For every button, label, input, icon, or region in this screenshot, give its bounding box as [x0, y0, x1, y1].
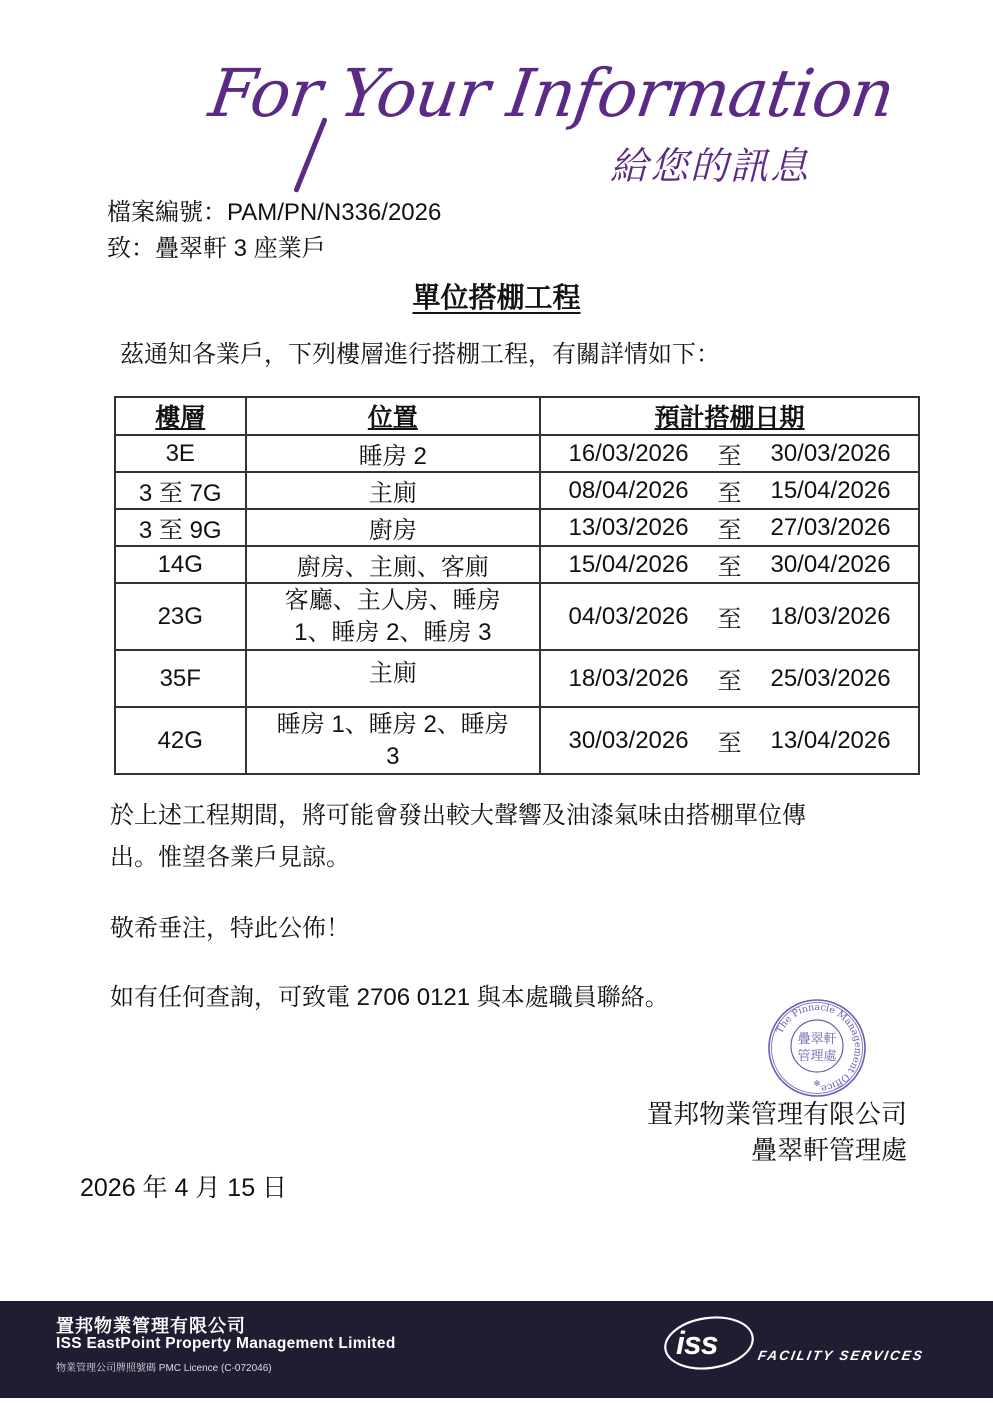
intro-text: 茲通知各業戶，下列樓層進行搭棚工程，有關詳情如下： [120, 334, 720, 369]
location-line: 1、睡房 2、睡房 3 [251, 617, 536, 649]
header-date: 預計搭棚日期 [540, 397, 919, 435]
file-number-value: PAM/PN/N336/2026 [227, 199, 441, 226]
cell-location: 睡房 1、睡房 2、睡房 3 [246, 707, 541, 774]
location-line: 客廳、主人房、睡房 [251, 585, 536, 617]
seal-inner-line2: 管理處 [797, 1048, 836, 1064]
cell-location: 主廁 [246, 650, 541, 707]
range-separator: 至 [704, 661, 756, 696]
header-location: 位置 [246, 397, 541, 435]
scaffolding-schedule-table: 樓層 位置 預計搭棚日期 3E 睡房 2 16/03/2026至30/03/20… [114, 396, 920, 775]
cell-date-range: 13/03/2026至27/03/2026 [540, 509, 919, 546]
seal-inner-line1: 疊翠軒 [797, 1031, 836, 1047]
svg-text:iss: iss [676, 1325, 718, 1361]
cell-date-range: 16/03/2026至30/03/2026 [540, 435, 919, 472]
end-date: 27/03/2026 [756, 514, 906, 542]
cell-floor: 3E [115, 435, 246, 472]
table-row: 42G 睡房 1、睡房 2、睡房 3 30/03/2026至13/04/2026 [115, 707, 919, 774]
start-date: 30/03/2026 [554, 727, 704, 755]
end-date: 18/03/2026 [756, 603, 906, 631]
start-date: 15/04/2026 [554, 551, 704, 579]
cell-floor: 23G [115, 583, 246, 650]
range-separator: 至 [704, 436, 756, 471]
footer-licence: 物業管理公司牌照號碼 PMC Licence (C-072046) [56, 1359, 272, 1374]
cell-floor: 35F [115, 650, 246, 707]
iss-logo-icon: iss [662, 1313, 756, 1371]
start-date: 16/03/2026 [554, 440, 704, 468]
file-number: 檔案編號：PAM/PN/N336/2026 [107, 192, 441, 227]
start-date: 08/04/2026 [554, 477, 704, 505]
table-row: 3 至 9G 廚房 13/03/2026至27/03/2026 [115, 509, 919, 546]
notice-line: 出。惟望各業戶見諒。 [110, 837, 806, 879]
header-floor: 樓層 [115, 397, 246, 435]
footer-tagline: FACILITY SERVICES [757, 1348, 925, 1363]
start-date: 13/03/2026 [554, 514, 704, 542]
cell-date-range: 15/04/2026至30/04/2026 [540, 546, 919, 583]
signoff-company: 置邦物業管理有限公司 [647, 1096, 907, 1132]
footer: 置邦物業管理有限公司 ISS EastPoint Property Manage… [0, 1301, 993, 1398]
addressee-label: 致： [107, 235, 155, 262]
banner-title-zh: 給您的訊息 [610, 135, 810, 190]
table-header-row: 樓層 位置 預計搭棚日期 [115, 397, 919, 435]
start-date: 18/03/2026 [554, 665, 704, 693]
cell-date-range: 04/03/2026至18/03/2026 [540, 583, 919, 650]
table-row: 3 至 7G 主廁 08/04/2026至15/04/2026 [115, 472, 919, 509]
cell-date-range: 30/03/2026至13/04/2026 [540, 707, 919, 774]
office-seal-icon: The Pinnacle Management Office 疊翠軒 管理處 ✻ [767, 998, 867, 1098]
file-number-label: 檔案編號： [107, 199, 227, 226]
signoff-office: 疊翠軒管理處 [647, 1132, 907, 1168]
end-date: 30/03/2026 [756, 440, 906, 468]
cell-floor: 42G [115, 707, 246, 774]
cell-floor: 3 至 7G [115, 472, 246, 509]
cell-date-range: 18/03/2026至25/03/2026 [540, 650, 919, 707]
notice-line: 於上述工程期間，將可能會發出較大聲響及油漆氣味由搭棚單位傳 [110, 795, 806, 837]
range-separator: 至 [704, 547, 756, 582]
table-row: 14G 廚房、主廁、客廁 15/04/2026至30/04/2026 [115, 546, 919, 583]
range-separator: 至 [704, 723, 756, 758]
cell-location: 廚房、主廁、客廁 [246, 546, 541, 583]
end-date: 15/04/2026 [756, 477, 906, 505]
closing-remark: 敬希垂注，特此公佈！ [110, 908, 350, 950]
start-date: 04/03/2026 [554, 603, 704, 631]
cell-date-range: 08/04/2026至15/04/2026 [540, 472, 919, 509]
signoff: 置邦物業管理有限公司 疊翠軒管理處 [647, 1096, 907, 1168]
banner-title-en: For Your Information [205, 55, 899, 132]
cell-location: 睡房 2 [246, 435, 541, 472]
issue-date: 2026 年 4 月 15 日 [80, 1168, 287, 1204]
addressee-value: 疊翠軒 3 座業戶 [155, 235, 326, 262]
end-date: 13/04/2026 [756, 727, 906, 755]
location-line: 睡房 1、睡房 2、睡房 [251, 709, 536, 741]
footer-company-en: ISS EastPoint Property Management Limite… [56, 1335, 396, 1353]
range-separator: 至 [704, 510, 756, 545]
cell-location: 廚房 [246, 509, 541, 546]
svg-text:✻: ✻ [814, 1079, 821, 1088]
notice-paragraph: 於上述工程期間，將可能會發出較大聲響及油漆氣味由搭棚單位傳 出。惟望各業戶見諒。 [110, 795, 806, 879]
end-date: 25/03/2026 [756, 665, 906, 693]
cell-floor: 3 至 9G [115, 509, 246, 546]
cell-location: 主廁 [246, 472, 541, 509]
addressee: 致：疊翠軒 3 座業戶 [107, 228, 326, 263]
table-row: 23G 客廳、主人房、睡房 1、睡房 2、睡房 3 04/03/2026至18/… [115, 583, 919, 650]
range-separator: 至 [704, 599, 756, 634]
location-line: 3 [251, 741, 536, 773]
table-row: 3E 睡房 2 16/03/2026至30/03/2026 [115, 435, 919, 472]
cell-floor: 14G [115, 546, 246, 583]
cell-location: 客廳、主人房、睡房 1、睡房 2、睡房 3 [246, 583, 541, 650]
fyi-banner: For Your Information 給您的訊息 [200, 55, 890, 195]
range-separator: 至 [704, 473, 756, 508]
contact-info: 如有任何查詢，可致電 2706 0121 與本處職員聯絡。 [110, 977, 669, 1019]
page-title: 單位搭棚工程 [0, 276, 993, 316]
end-date: 30/04/2026 [756, 551, 906, 579]
table-row: 35F 主廁 18/03/2026至25/03/2026 [115, 650, 919, 707]
